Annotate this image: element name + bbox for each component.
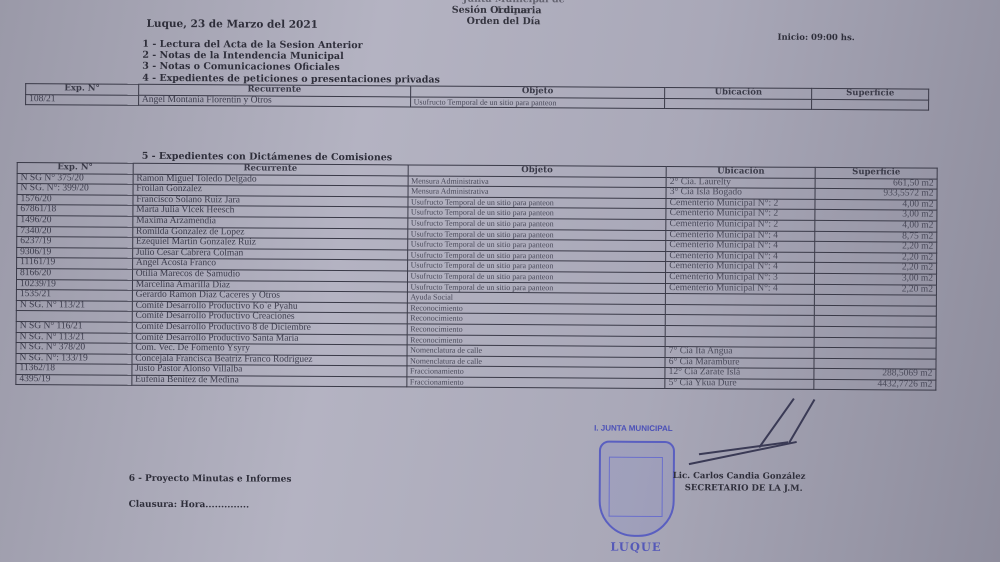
col-superficie: Superficie xyxy=(815,167,937,178)
cell-superficie xyxy=(814,337,936,348)
cell-exp: N SG. N° 378/20 xyxy=(16,343,132,354)
cell-objeto: Fraccionamiento xyxy=(406,366,665,378)
cell-exp: 6237/19 xyxy=(17,237,133,248)
cell-superficie: 2,20 m2 xyxy=(815,252,937,263)
cell-superficie: 4432,7726 m2 xyxy=(814,379,936,390)
cell-superficie: 3,00 m2 xyxy=(815,273,937,284)
agenda-item-5: 5 - Expedientes con Dictámenes de Comisi… xyxy=(142,151,392,164)
cell-exp: N SG. N°: 133/19 xyxy=(16,353,132,364)
cell-objeto: Usufructo Temporal de un sitio para pant… xyxy=(407,218,666,230)
cell-ubicacion: Cementerio Municipal N°: 2 xyxy=(666,198,815,210)
private-petitions-table: Exp. N° Recurrente Objeto Ubicación Supe… xyxy=(25,83,929,111)
cell-exp: 1535/21 xyxy=(16,290,132,301)
municipal-seal-icon xyxy=(598,441,675,537)
cell-superficie: 933,5572 m2 xyxy=(815,189,937,200)
cell-superficie: 2,20 m2 xyxy=(815,263,937,274)
cell-ubicacion: Cementerio Municipal N°: 2 xyxy=(666,209,815,221)
cell-exp xyxy=(16,311,132,322)
cell-exp: 9306/19 xyxy=(17,247,133,258)
cell-objeto: Usufructo Temporal de un sitio para pant… xyxy=(407,271,666,283)
cell-exp: 108/21 xyxy=(26,94,139,105)
cell-ubicacion: Cementerio Municipal N°: 3 xyxy=(666,272,815,284)
cell-objeto: Reconocimiento xyxy=(407,324,666,336)
cell-objeto: Usufructo Temporal de un sitio para pant… xyxy=(407,260,666,272)
cell-objeto: Usufructo Temporal de un sitio para pant… xyxy=(407,207,666,219)
agenda-item-6: 6 - Proyecto Minutas e Informes xyxy=(129,474,292,485)
start-time: Inicio: 09:00 hs. xyxy=(777,33,854,43)
cell-exp: 67861/18 xyxy=(17,205,133,216)
cell-objeto: Fraccionamiento xyxy=(406,377,665,389)
cell-exp: N SG. N° 113/21 xyxy=(16,300,132,311)
col-exp: Exp. N° xyxy=(26,84,139,95)
cell-superficie: 2,20 m2 xyxy=(815,284,937,295)
cell-exp: N SG N° 116/21 xyxy=(16,321,132,332)
agenda-item-3: 3 - Notas o Comunicaciones Oficiales xyxy=(142,61,339,73)
col-exp: Exp. N° xyxy=(17,163,133,174)
cell-recurrente: Eufenia Benitez de Medina xyxy=(132,375,407,387)
cell-exp: 11161/19 xyxy=(17,258,133,269)
cell-superficie xyxy=(814,358,936,369)
cell-objeto: Reconocimiento xyxy=(407,313,666,325)
cell-exp: 7340/20 xyxy=(17,226,133,237)
cell-ubicacion: 2° Cia. Laurelty xyxy=(666,177,815,189)
cell-superficie: 288,5069 m2 xyxy=(814,369,936,380)
commission-rulings-table: Exp. N° Recurrente Objeto Ubicación Supe… xyxy=(15,162,937,391)
cell-superficie: 2,20 m2 xyxy=(815,242,937,253)
session-type: Sesión Ordinaria xyxy=(442,5,552,17)
cell-superficie: 3,00 m2 xyxy=(815,210,937,221)
cell-recurrente: Angel Montania Florentin y Otros xyxy=(138,95,410,107)
cell-ubicacion: 6° Cia Marambure xyxy=(665,357,814,369)
col-superficie: Superficie xyxy=(812,88,929,99)
signer-role: SECRETARIO DE LA J.M. xyxy=(685,483,803,494)
cell-superficie xyxy=(814,305,936,316)
cell-exp: 11362/18 xyxy=(16,364,132,375)
cell-exp: 1576/20 xyxy=(17,194,133,205)
cell-ubicacion: 7° Cia Ita Angua xyxy=(665,347,814,359)
cell-ubicacion: Cementerio Municipal N°: 4 xyxy=(666,251,815,263)
cell-exp: 10239/19 xyxy=(16,279,132,290)
cell-ubicacion: 12° Cia Zarate Islá xyxy=(665,368,814,380)
cell-ubicacion xyxy=(665,98,812,109)
cell-exp: N SG N° 375/20 xyxy=(17,173,133,184)
cell-objeto: Ayuda Social xyxy=(407,292,666,304)
cell-exp: 1496/20 xyxy=(17,216,133,227)
signer-name: Lic. Carlos Candia González xyxy=(673,471,806,482)
cell-ubicacion: Cementerio Municipal N°: 4 xyxy=(666,262,815,274)
cell-superficie xyxy=(814,326,936,337)
cell-superficie xyxy=(814,348,936,359)
cell-objeto: Nomenclatura de calle xyxy=(407,345,666,357)
cell-superficie: 8,75 m2 xyxy=(815,231,937,242)
seal-city-label: LUQUE xyxy=(610,540,661,554)
cell-exp: N SG. N° 113/21 xyxy=(16,332,132,343)
cell-exp: 4395/19 xyxy=(16,374,132,385)
junta-municipal-stamp-label: I. JUNTA MUNICIPAL xyxy=(594,424,673,433)
cell-superficie: 661,50 m2 xyxy=(815,178,937,189)
cell-ubicacion: 5° Cia Ykua Dure xyxy=(665,378,814,390)
cell-superficie xyxy=(815,295,937,306)
cell-exp: N SG. N°: 399/20 xyxy=(17,184,133,195)
cell-ubicacion: Cementerio Municipal N°: 2 xyxy=(666,219,815,231)
cell-objeto: Usufructo Temporal de un sitio para pant… xyxy=(407,239,666,251)
document-title: Orden del Día xyxy=(442,16,566,28)
cell-ubicacion: Cementerio Municipal N°: 4 xyxy=(666,241,815,253)
cell-superficie xyxy=(812,99,929,110)
cell-superficie: 4,00 m2 xyxy=(815,199,937,210)
cell-superficie xyxy=(814,316,936,327)
cell-superficie: 4,00 m2 xyxy=(815,220,937,231)
document-page: Junta Municipal de Luque Sesión Ordinari… xyxy=(0,0,1000,562)
cell-ubicacion: Cementerio Municipal N°: 4 xyxy=(666,283,815,295)
closing-time: Clausura: Hora.............. xyxy=(129,500,250,511)
cell-exp: 8166/20 xyxy=(17,268,133,279)
cell-objeto: Usufructo Temporal de un sitio para pant… xyxy=(410,97,665,109)
cell-ubicacion: 3° Cia Isla Bogado xyxy=(666,188,815,200)
cell-ubicacion: Cementerio Municipal N°: 4 xyxy=(666,230,815,242)
seal-shield-icon xyxy=(609,457,663,517)
document-date: Luque, 23 de Marzo del 2021 xyxy=(147,18,318,31)
